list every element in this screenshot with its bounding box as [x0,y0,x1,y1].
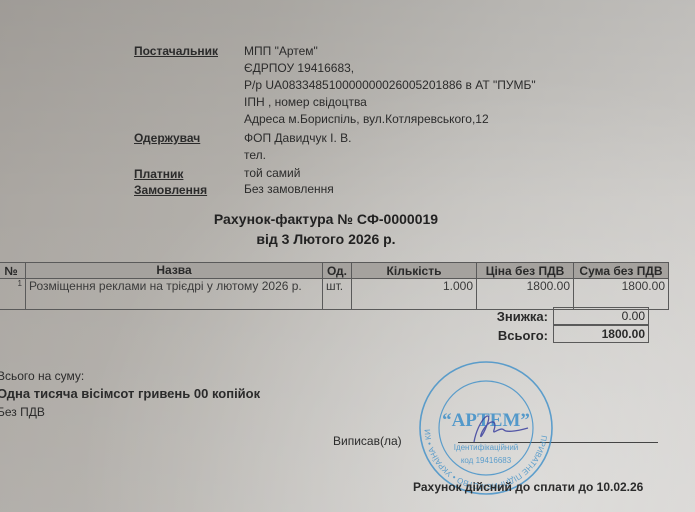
col-name: Назва [26,263,323,279]
supplier-label: Постачальник [134,44,218,58]
invoice-title: Рахунок-фактура № СФ-0000019 [0,211,652,227]
recipient-name: ФОП Давидчук І. В. [244,130,351,147]
sum-words-text: Одна тисяча вісімсот гривень 00 копійок [0,385,260,402]
recipient-label: Одержувач [134,131,200,145]
row-sum: 1800.00 [574,279,669,310]
order-value: Без замовлення [244,181,334,198]
total-value: 1800.00 [553,325,649,343]
col-sum: Сума без ПДВ [574,263,669,279]
items-table: № Назва Од. Кількість Ціна без ПДВ Сума … [0,262,669,310]
recipient-details: ФОП Давидчук І. В. тел. [244,130,351,164]
col-price: Ціна без ПДВ [477,263,574,279]
row-price: 1800.00 [477,279,574,310]
validity-note: Рахунок дійсний до сплати до 10.02.26 [413,479,643,496]
sum-words-label: Всього на суму: [0,368,84,385]
discount-value: 0.00 [553,307,649,325]
svg-text:Ідентифікаційний: Ідентифікаційний [454,443,519,452]
supplier-details: МПП "Артем" ЄДРПОУ 19416683, Р/р UA08334… [244,43,536,128]
row-quantity: 1.000 [352,279,477,310]
col-number: № [0,263,26,279]
recipient-phone: тел. [244,147,351,164]
supplier-edrpou: ЄДРПОУ 19416683, [244,60,536,77]
col-unit: Од. [323,263,352,279]
signature-label: Виписав(ла) [333,433,402,450]
row-number: 1 [0,279,26,310]
supplier-name: МПП "Артем" [244,43,536,60]
total-label: Всього: [428,328,548,343]
payer-value: той самий [244,165,300,182]
invoice-date: від 3 Лютого 2026 р. [0,231,652,247]
supplier-address: Адреса м.Бориспіль, вул.Котляревського,1… [244,111,536,128]
payer-label: Платник [134,167,183,181]
company-stamp: ПРИВАТНЕ ПІДПРИЄМСТВО • УКРАЇНА • КИЇВСЬ… [418,360,554,496]
supplier-ipn: ІПН , номер свідоцтва [244,94,536,111]
col-quantity: Кількість [352,263,477,279]
vat-note: Без ПДВ [0,404,45,421]
table-header-row: № Назва Од. Кількість Ціна без ПДВ Сума … [0,263,669,279]
discount-label: Знижка: [428,309,548,324]
table-row: 1 Розміщення реклами на трієдрі у лютому… [0,279,669,310]
supplier-account: Р/р UA083348510000000026005201886 в АТ "… [244,77,536,94]
order-label: Замовлення [134,183,207,197]
svg-text:код 19416683: код 19416683 [461,456,512,465]
row-name: Розміщення реклами на трієдрі у лютому 2… [26,279,323,310]
row-unit: шт. [323,279,352,310]
